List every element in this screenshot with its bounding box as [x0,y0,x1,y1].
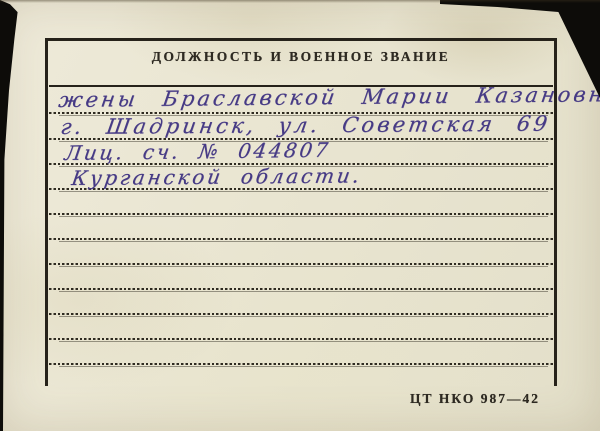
handwritten-line-region: Курганской области. [70,163,364,190]
ruled-line [49,263,553,265]
paper: ДОЛЖНОСТЬ И ВОЕННОЕ ЗВАНИЕ жены Браславс… [0,0,600,431]
form-code: ЦТ НКО 987—42 [410,391,540,407]
ruled-line [49,213,553,215]
ruled-line [49,363,553,365]
ruled-line [49,238,553,240]
scanned-document-page: ДОЛЖНОСТЬ И ВОЕННОЕ ЗВАНИЕ жены Браславс… [0,0,600,431]
card-frame: ДОЛЖНОСТЬ И ВОЕННОЕ ЗВАНИЕ жены Браславс… [45,38,557,386]
ruled-line [49,338,553,340]
scan-edge-top [0,0,600,3]
ruled-line [49,288,553,290]
handwritten-line-name: жены Браславской Марии Казановн [57,82,600,112]
handwritten-line-address: г. Шадринск, ул. Советская 69 [59,112,552,139]
ruled-line [49,313,553,315]
header-title: ДОЛЖНОСТЬ И ВОЕННОЕ ЗВАНИЕ [48,49,554,65]
handwritten-line-account-number: Лиц. сч. № 044807 [63,138,332,165]
